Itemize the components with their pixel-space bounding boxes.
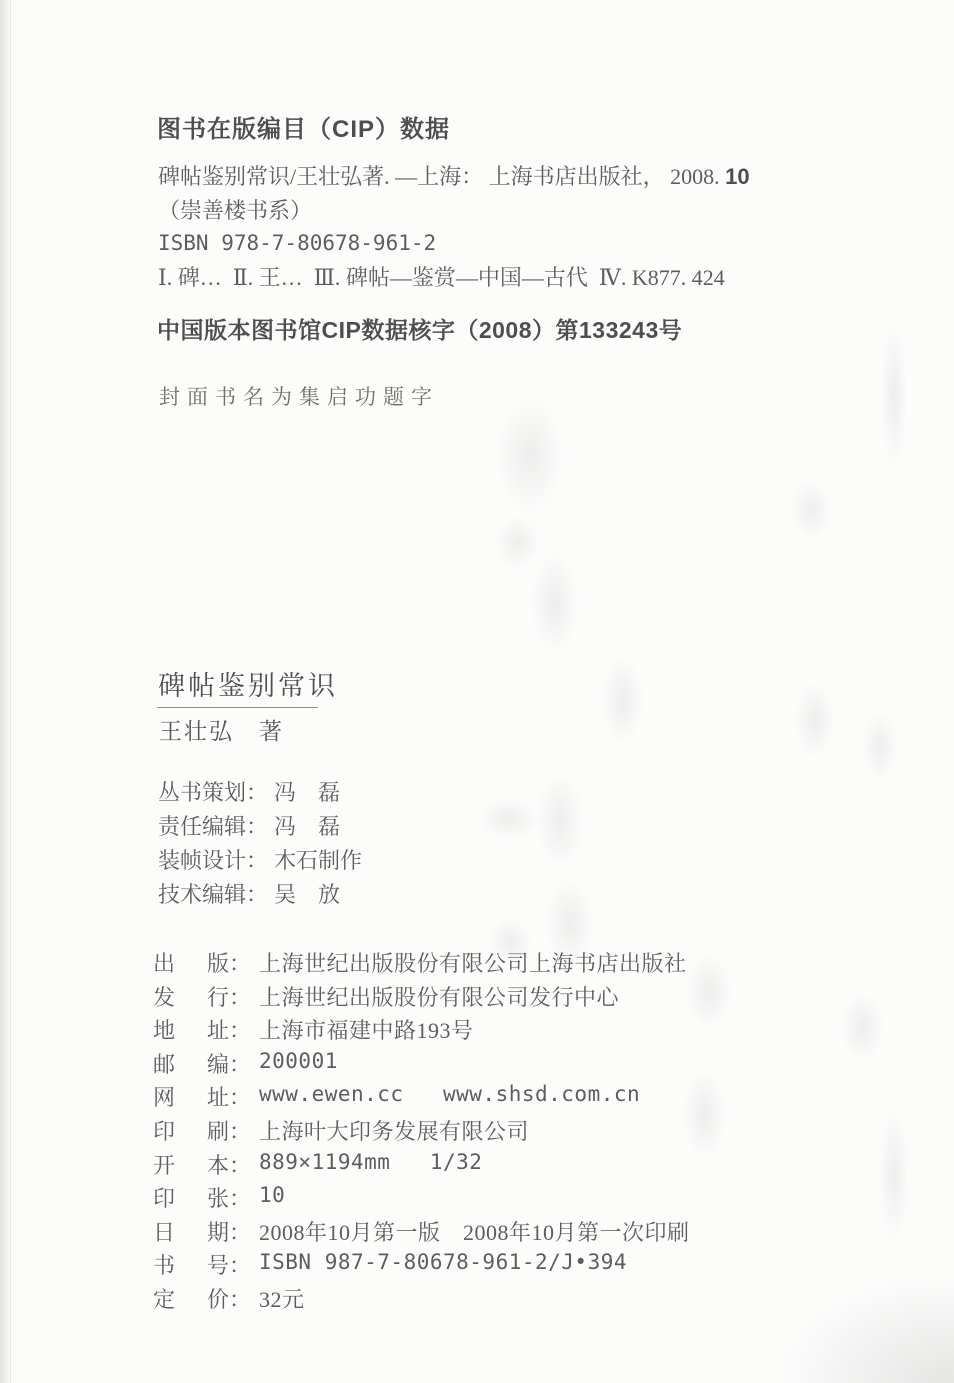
imprint-label: 期：	[207, 1216, 251, 1247]
imprint-label: 址：	[207, 1014, 251, 1045]
page-binding-edge	[0, 0, 11, 1383]
cip-classification: Ⅰ. 碑… Ⅱ. 王… Ⅲ. 碑帖—鉴赏—中国—古代 Ⅳ. K877. 424	[158, 261, 750, 295]
imprint-label: 定	[153, 1283, 175, 1314]
ink-bleedthrough-mark	[600, 655, 645, 745]
imprint-value: 200001	[259, 1048, 338, 1073]
imprint-label: 印	[153, 1115, 175, 1146]
imprint-value: www.ewen.cc www.shsd.com.cn	[259, 1081, 640, 1106]
imprint-label: 印	[153, 1182, 175, 1213]
imprint-label: 邮	[153, 1048, 175, 1079]
credit-value: 冯 磊	[274, 780, 340, 805]
imprint-row-website: 网址：www.ewen.cc www.shsd.com.cn	[153, 1081, 690, 1115]
scanned-copyright-page: 图书在版编目（CIP）数据 碑帖鉴别常识/王壮弘著. —上海： 上海书店出版社，…	[0, 0, 954, 1383]
ink-bleedthrough-mark	[790, 480, 832, 540]
imprint-row-address: 地址：上海市福建中路193号	[153, 1014, 690, 1048]
credit-row-responsible-editor: 责任编辑：冯 磊	[158, 810, 362, 844]
imprint-value: 32元	[259, 1283, 305, 1314]
credit-label: 装帧设计：	[158, 848, 268, 873]
ink-bleedthrough-mark	[530, 550, 580, 655]
imprint-label: 张：	[207, 1182, 251, 1213]
cip-description-block: 碑帖鉴别常识/王壮弘著. —上海： 上海书店出版社， 2008. 10 （崇善楼…	[158, 160, 750, 294]
book-author: 王壮弘 著	[159, 713, 284, 746]
handwritten-note: 封面书名为集启功题字	[159, 381, 439, 411]
cip-title-statement-text: 碑帖鉴别常识/王壮弘著. —上海： 上海书店出版社， 2008.	[158, 164, 725, 189]
cip-publication-month: 10	[725, 164, 749, 189]
imprint-value: 2008年10月第一版 2008年10月第一次印刷	[259, 1216, 690, 1247]
imprint-label: 版：	[207, 947, 251, 978]
ink-bleedthrough-mark	[795, 680, 835, 760]
cip-title-statement: 碑帖鉴别常识/王壮弘著. —上海： 上海书店出版社， 2008. 10	[158, 160, 750, 194]
imprint-row-postcode: 邮编：200001	[153, 1048, 690, 1082]
imprint-value: 上海市福建中路193号	[259, 1014, 474, 1045]
credit-row-series-planner: 丛书策划：冯 磊	[158, 776, 362, 810]
credit-label: 责任编辑：	[158, 814, 268, 839]
cip-record-number: 中国版本图书馆CIP数据核字（2008）第133243号	[157, 312, 682, 345]
ink-bleedthrough-mark	[535, 770, 585, 870]
ink-bleedthrough-mark	[495, 515, 540, 570]
imprint-label: 书	[153, 1249, 175, 1280]
imprint-label: 日	[153, 1216, 175, 1247]
scan-corner-shadow	[774, 1273, 954, 1383]
ink-bleedthrough-mark	[878, 1108, 910, 1243]
cip-series-statement: （崇善楼书系）	[158, 194, 750, 228]
imprint-row-printer: 印刷：上海叶大印务发展有限公司	[153, 1115, 690, 1149]
credit-value: 吴 放	[274, 882, 340, 907]
cip-isbn: ISBN 978-7-80678-961-2	[158, 227, 750, 261]
imprint-row-price: 定价：32元	[153, 1283, 690, 1317]
imprint-row-edition-date: 日期：2008年10月第一版 2008年10月第一次印刷	[153, 1216, 690, 1250]
credit-label: 技术编辑：	[158, 882, 268, 907]
imprint-label: 号：	[207, 1249, 251, 1280]
ink-bleedthrough-mark	[880, 320, 908, 470]
imprint-label: 地	[153, 1014, 175, 1045]
credit-row-binding-design: 装帧设计：木石制作	[158, 844, 362, 878]
imprint-label: 行：	[207, 981, 251, 1012]
imprint-label: 价：	[207, 1283, 251, 1314]
ink-bleedthrough-mark	[495, 395, 565, 515]
imprint-row-publisher: 出版：上海世纪出版股份有限公司上海书店出版社	[153, 947, 690, 981]
cip-data-header: 图书在版编目（CIP）数据	[157, 109, 450, 144]
imprint-label: 本：	[207, 1149, 251, 1180]
ink-bleedthrough-mark	[478, 798, 540, 840]
imprint-row-format: 开本：889×1194mm 1/32	[153, 1149, 690, 1183]
imprint-label: 开	[153, 1149, 175, 1180]
imprint-label: 发	[153, 981, 175, 1012]
imprint-label: 网	[153, 1081, 175, 1112]
ink-bleedthrough-mark	[685, 952, 733, 1030]
imprint-value: ISBN 987-7-80678-961-2/J•394	[259, 1249, 627, 1274]
editorial-credits: 丛书策划：冯 磊 责任编辑：冯 磊 装帧设计：木石制作 技术编辑：吴 放	[158, 776, 362, 912]
credit-value: 冯 磊	[274, 814, 340, 839]
imprint-list: 出版：上海世纪出版股份有限公司上海书店出版社 发行：上海世纪出版股份有限公司发行…	[153, 947, 690, 1317]
credit-label: 丛书策划：	[158, 780, 268, 805]
title-underline	[157, 707, 318, 708]
imprint-label: 址：	[207, 1081, 251, 1112]
imprint-label: 出	[153, 947, 175, 978]
imprint-value: 10	[259, 1182, 285, 1207]
imprint-row-book-number: 书号：ISBN 987-7-80678-961-2/J•394	[153, 1249, 690, 1283]
imprint-label: 刷：	[207, 1115, 251, 1146]
ink-bleedthrough-mark	[862, 712, 898, 782]
imprint-value: 上海世纪出版股份有限公司上海书店出版社	[259, 947, 687, 978]
imprint-value: 上海叶大印务发展有限公司	[259, 1115, 529, 1146]
imprint-row-sheets: 印张：10	[153, 1182, 690, 1216]
imprint-row-distributor: 发行：上海世纪出版股份有限公司发行中心	[153, 981, 690, 1015]
credit-value: 木石制作	[274, 848, 362, 873]
imprint-label: 编：	[207, 1048, 251, 1079]
imprint-value: 889×1194mm 1/32	[259, 1149, 482, 1174]
credit-row-technical-editor: 技术编辑：吴 放	[158, 878, 362, 912]
ink-bleedthrough-mark	[840, 992, 885, 1062]
imprint-value: 上海世纪出版股份有限公司发行中心	[259, 981, 619, 1012]
book-title: 碑帖鉴别常识	[158, 664, 338, 703]
